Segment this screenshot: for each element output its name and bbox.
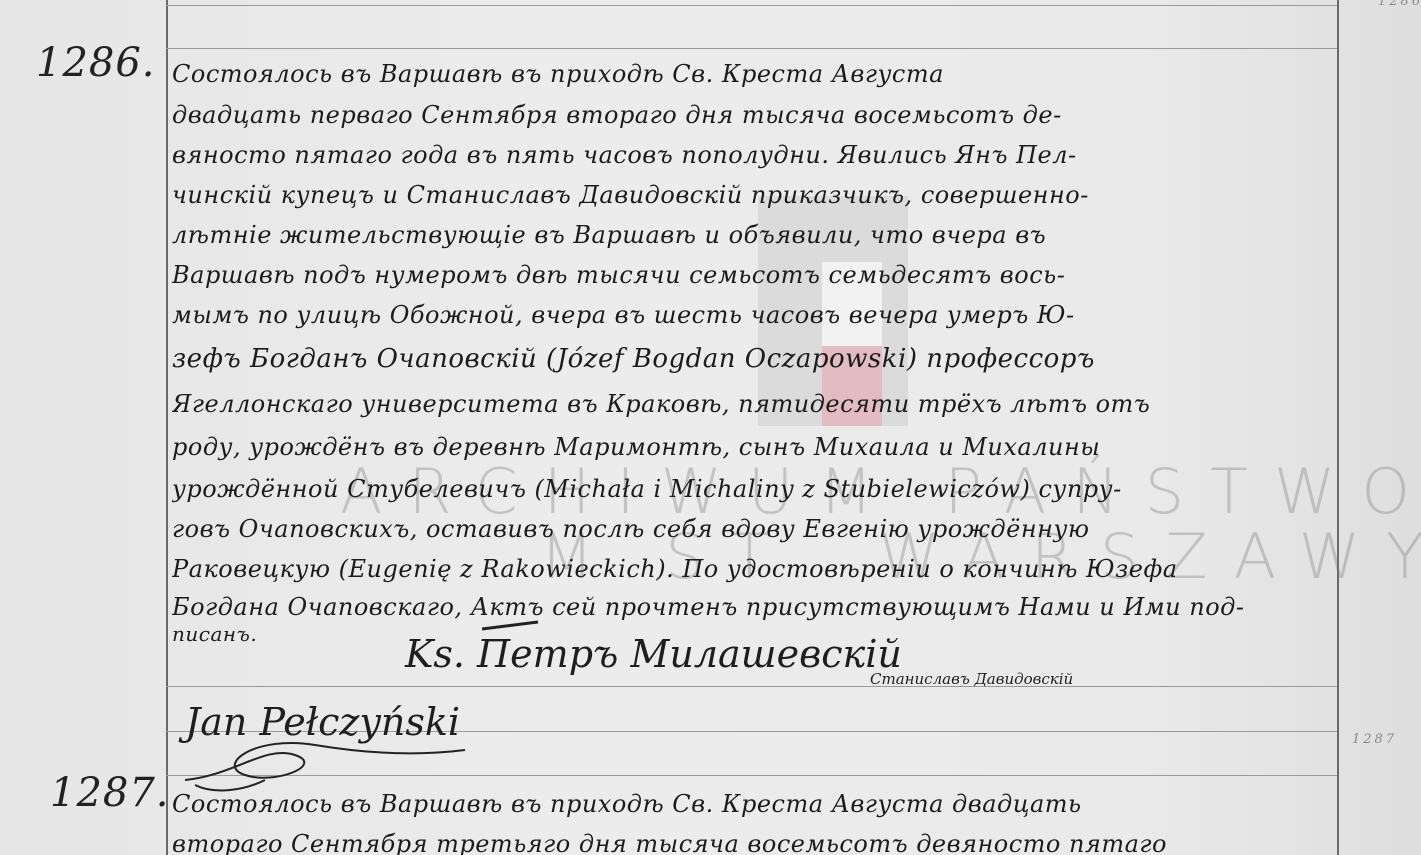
entry-1286-line-7: мымъ по улицѣ Обожной, вчера въ шесть ча… [172, 301, 1342, 329]
ruled-line [166, 48, 1337, 49]
entry-1286-line-11: урождённой Стубелевичъ (Michała i Michal… [172, 475, 1342, 503]
entry-1286-line-13: Раковецкую (Eugenię z Rakowieckich). По … [172, 555, 1342, 583]
left-margin-rule [166, 0, 168, 855]
entry-1286-line-10: роду, урождёнъ въ деревнѣ Маримонтѣ, сын… [172, 433, 1342, 461]
entry-1286-line-5: лѣтніе жительствующіе въ Варшавѣ и объяв… [172, 221, 1342, 249]
entry-1287-line-2: втораго Сентября третьяго дня тысяча вос… [172, 830, 1342, 855]
entry-1287-line-1: Состоялось въ Варшавѣ въ приходѣ Св. Кре… [172, 790, 1342, 818]
entry-1286-line-6: Варшавѣ подъ нумеромъ двѣ тысячи семьсот… [172, 261, 1342, 289]
entry-1286-line-1: Состоялось въ Варшавѣ въ приходѣ Св. Кре… [172, 60, 1342, 88]
entry-1286-line-4: чинскій купецъ и Станиславъ Давидовскій … [172, 181, 1342, 209]
signature-priest: Ks. Петръ Милашевскій [405, 632, 902, 676]
ruled-line [166, 686, 1337, 687]
signature-official: Станиславъ Давидовскій [870, 670, 1073, 688]
entry-1286-line-9: Ягеллонскаго университета въ Краковѣ, пя… [172, 390, 1342, 418]
entry-1286-line-12: говъ Очаповскихъ, оставивъ послѣ себя вд… [172, 515, 1342, 543]
margin-number-1287: 1287 [1352, 732, 1397, 747]
entry-1286-line-8: зефъ Богданъ Очаповскій (Józef Bogdan Oc… [172, 344, 1342, 374]
entry-1286-line-2: двадцать перваго Сентября втораго дня ты… [172, 101, 1342, 129]
ruled-line [166, 5, 1337, 6]
entry-1286-line-3: вяностo пятаго года въ пять часовъ попол… [172, 141, 1342, 169]
entry-1286-line-14: Богдана Очаповскаго, Актъ сей прочтенъ п… [172, 593, 1342, 621]
document-scan: ARCHIWUM PAŃSTWOWE M.ST. WARSZAWY 1286. … [0, 0, 1421, 855]
overline-stroke-icon [480, 619, 540, 631]
entry-number-1287: 1287. [50, 770, 170, 816]
margin-number-top-right: 1286 [1378, 0, 1421, 9]
entry-number-1286: 1286. [36, 40, 156, 86]
